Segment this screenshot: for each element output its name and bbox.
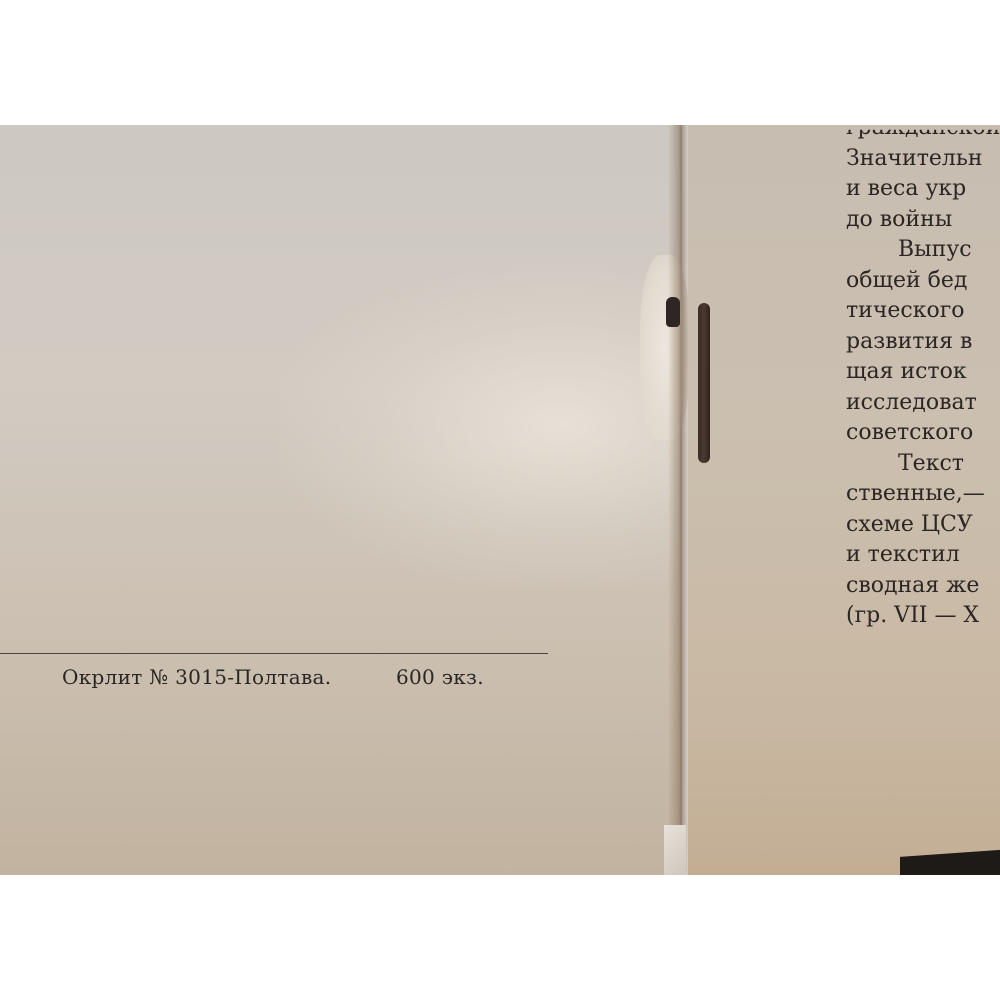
text-line: сводная же xyxy=(846,571,1000,602)
imprint-rule xyxy=(0,653,548,654)
text-line: (гр. VII — Х xyxy=(846,601,1000,632)
text-line: до войны xyxy=(846,205,1000,236)
text-line: развития в xyxy=(846,327,1000,358)
staple-icon xyxy=(666,297,680,327)
text-line: Значительн xyxy=(846,144,1000,175)
text-line: гражданской xyxy=(846,125,1000,144)
text-line: и текстил xyxy=(846,540,1000,571)
left-page: Окрлит № 3015-Полтава. 600 экз. xyxy=(0,125,682,875)
text-line: щая исток xyxy=(846,357,1000,388)
text-line: тического xyxy=(846,296,1000,327)
text-line: Текст xyxy=(846,449,1000,480)
text-line: и веса укр xyxy=(846,174,1000,205)
imprint-publisher: Окрлит № 3015-Полтава. xyxy=(62,665,331,689)
text-line: исследоват xyxy=(846,388,1000,419)
text-line: Выпус xyxy=(846,235,1000,266)
text-line: общей бед xyxy=(846,266,1000,297)
page-corner-fold xyxy=(664,825,686,875)
text-line: советского xyxy=(846,418,1000,449)
staple-icon xyxy=(698,303,710,463)
right-page-text: гражданской Значительн и веса укр до вой… xyxy=(846,125,1000,632)
text-line: ственные,— xyxy=(846,479,1000,510)
imprint-print-run: 600 экз. xyxy=(396,665,484,689)
book-spread-photo: Окрлит № 3015-Полтава. 600 экз. гражданс… xyxy=(0,125,1000,875)
text-line: схеме ЦСУ xyxy=(846,510,1000,541)
